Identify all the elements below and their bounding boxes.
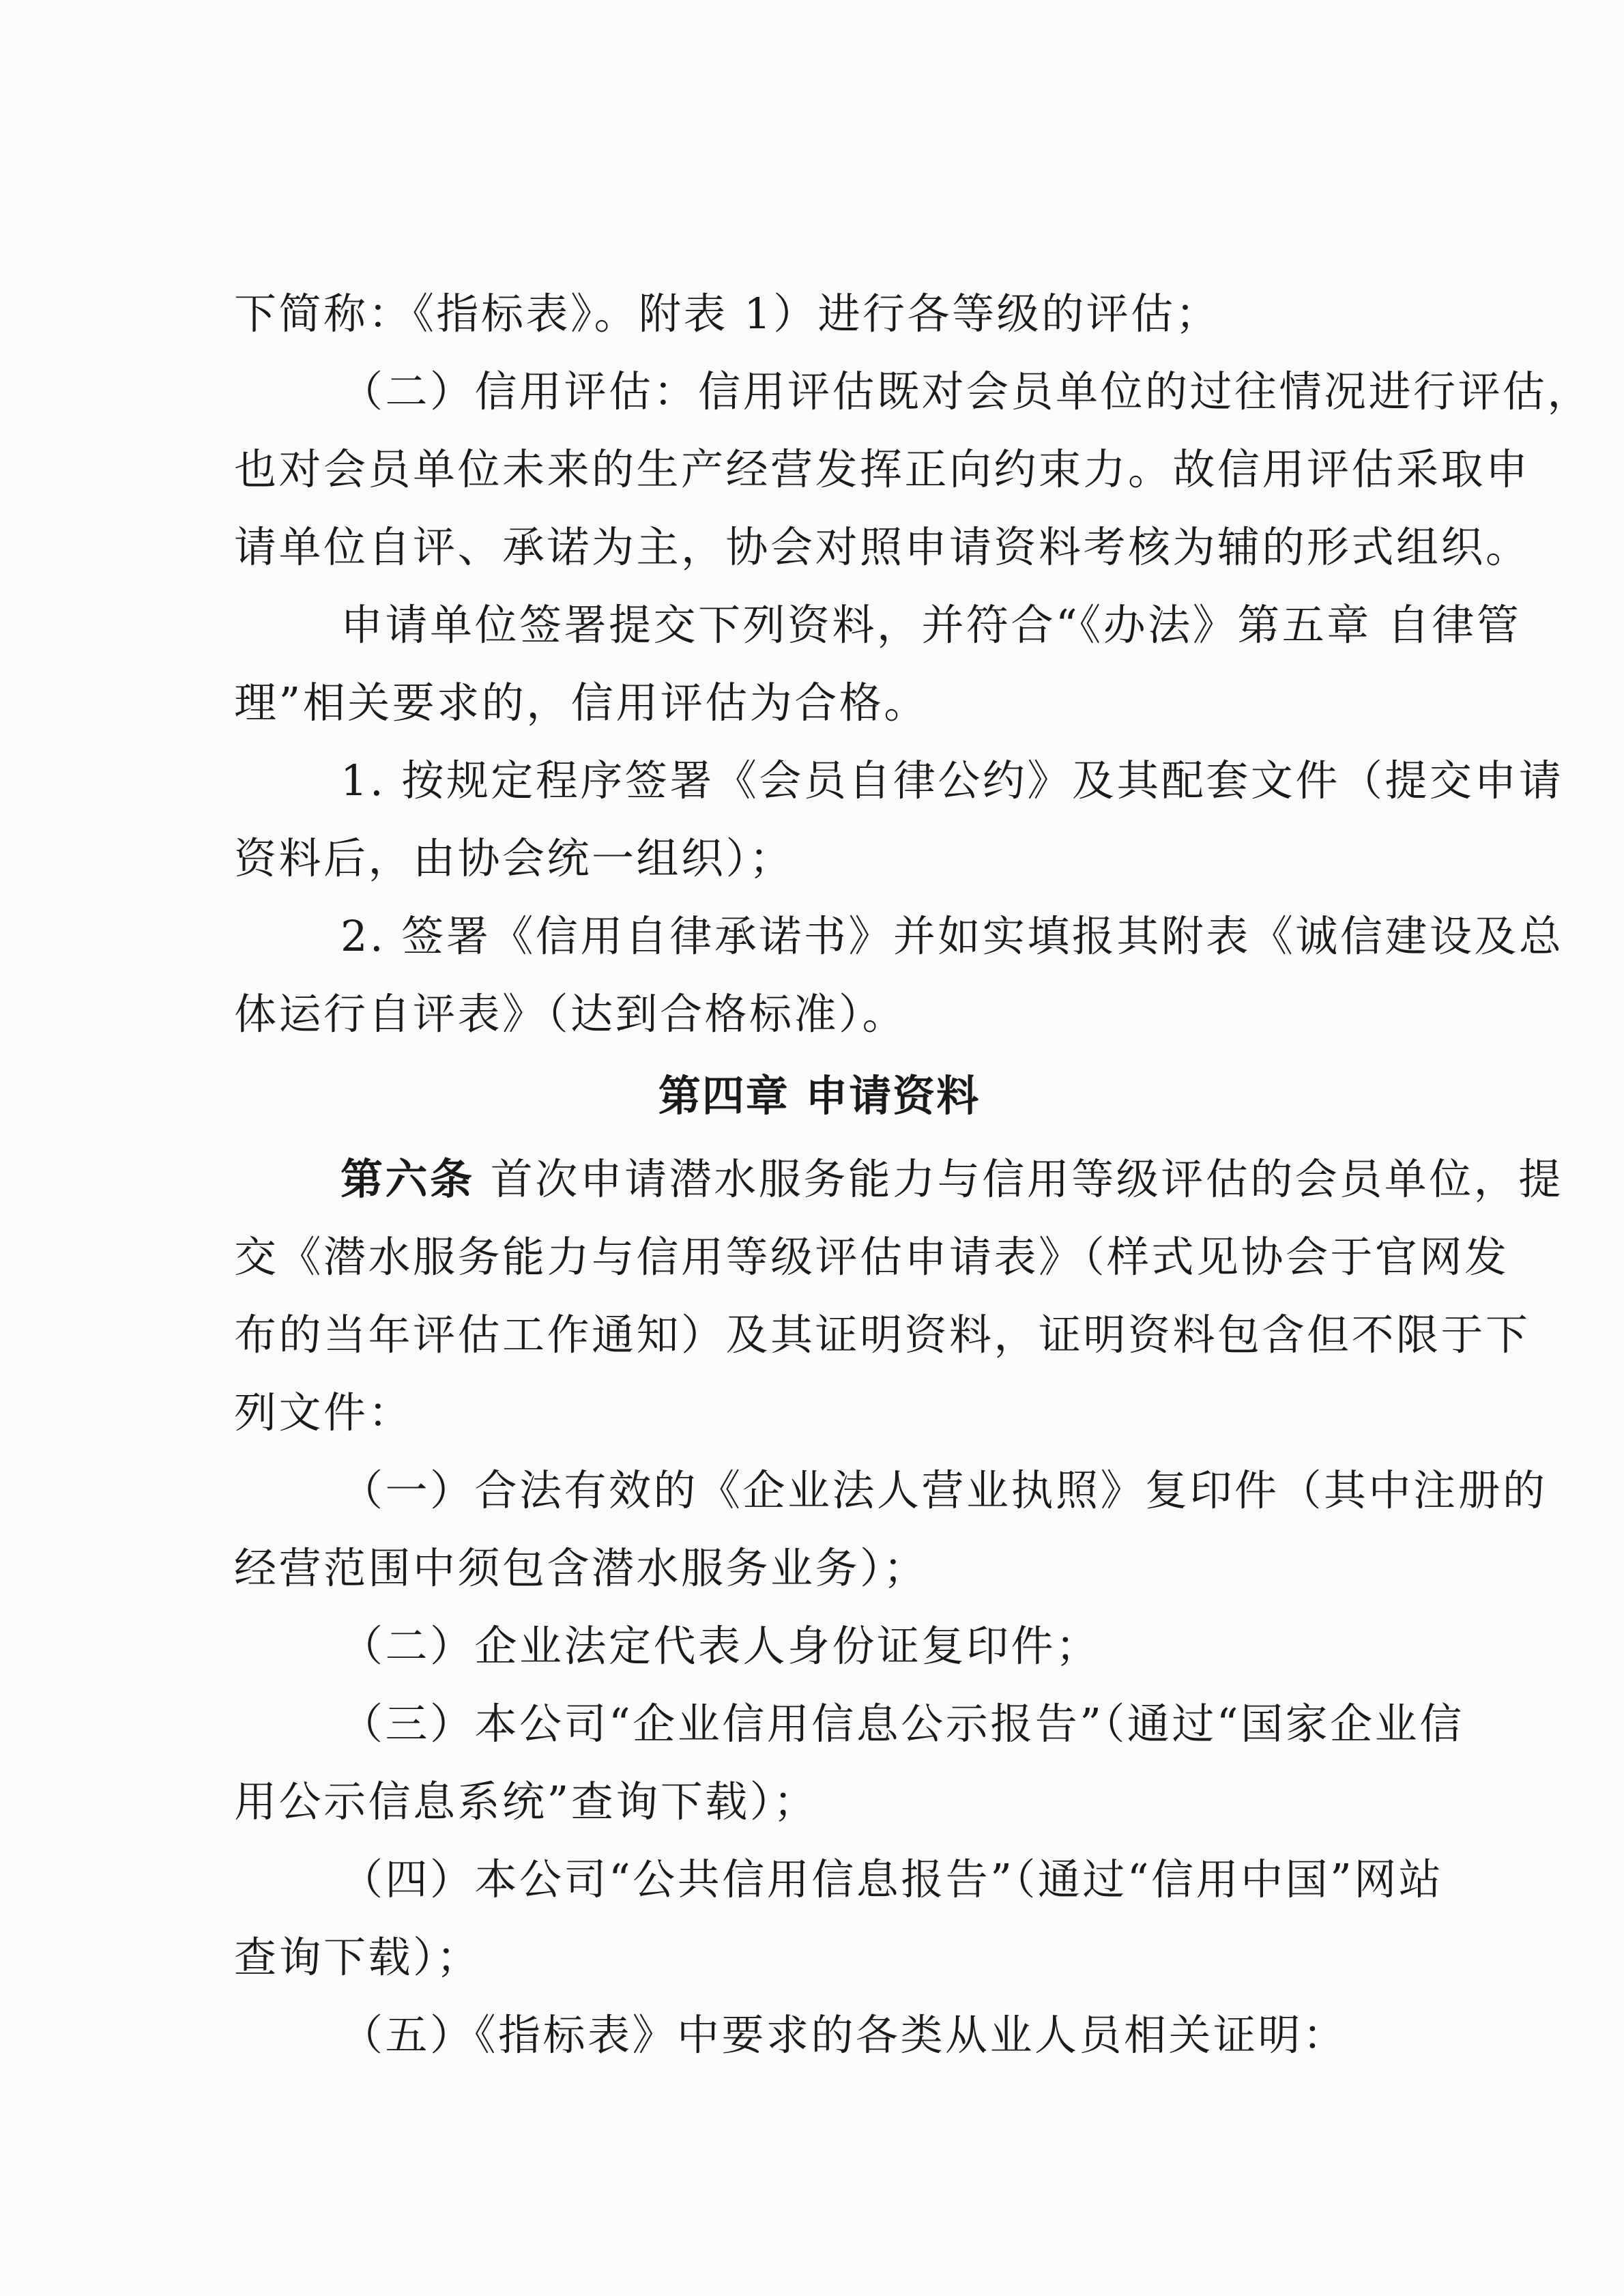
- list-item-line: （五）《指标表》中要求的各类从业人员相关证明：: [234, 2008, 1404, 2063]
- list-item-line: 用公示信息系统”查询下载）；: [234, 1775, 1404, 1829]
- paragraph-line: 资料后，由协会统一组织）；: [234, 831, 1404, 886]
- list-item-line: （四）本公司“公共信用信息报告”（通过“信用中国”网站: [234, 1852, 1404, 1907]
- article-line: 第六条 首次申请潜水服务能力与信用等级评估的会员单位，提: [234, 1152, 1404, 1207]
- list-item-line: （二）企业法定代表人身份证复印件；: [234, 1619, 1404, 1674]
- paragraph-line: 交《潜水服务能力与信用等级评估申请表》（样式见协会于官网发: [234, 1230, 1404, 1285]
- paragraph-line: 也对会员单位未来的生产经营发挥正向约束力。故信用评估采取申: [234, 442, 1404, 497]
- article-label: 第六条: [340, 1154, 475, 1204]
- list-item-line: （一）合法有效的《企业法人营业执照》复印件（其中注册的: [234, 1463, 1404, 1518]
- paragraph-line: 布的当年评估工作通知）及其证明资料，证明资料包含但不限于下: [234, 1308, 1404, 1362]
- paragraph-line: （二）信用评估：信用评估既对会员单位的过往情况进行评估，: [234, 364, 1404, 419]
- list-item-line: 经营范围中须包含潜水服务业务）；: [234, 1541, 1404, 1596]
- article-text: 首次申请潜水服务能力与信用等级评估的会员单位，提: [475, 1154, 1563, 1204]
- paragraph-line: 下简称：《指标表》。附表 1）进行各等级的评估；: [234, 287, 1404, 341]
- paragraph-line: 请单位自评、承诺为主，协会对照申请资料考核为辅的形式组织。: [234, 520, 1404, 575]
- paragraph-line: 1. 按规定程序签署《会员自律公约》及其配套文件（提交申请: [234, 754, 1404, 808]
- paragraph-line: 体运行自评表》（达到合格标准）。: [234, 987, 1404, 1042]
- paragraph-line: 理”相关要求的，信用评估为合格。: [234, 676, 1404, 730]
- paragraph-line: 列文件：: [234, 1386, 1404, 1440]
- paragraph-line: 2. 签署《信用自律承诺书》并如实填报其附表《诚信建设及总: [234, 909, 1404, 964]
- chapter-heading: 第四章 申请资料: [234, 1069, 1404, 1123]
- list-item-line: （三）本公司“企业信用信息公示报告”（通过“国家企业信: [234, 1697, 1404, 1751]
- list-item-line: 查询下载）；: [234, 1930, 1404, 1985]
- paragraph-line: 申请单位签署提交下列资料，并符合“《办法》第五章 自律管: [234, 598, 1404, 652]
